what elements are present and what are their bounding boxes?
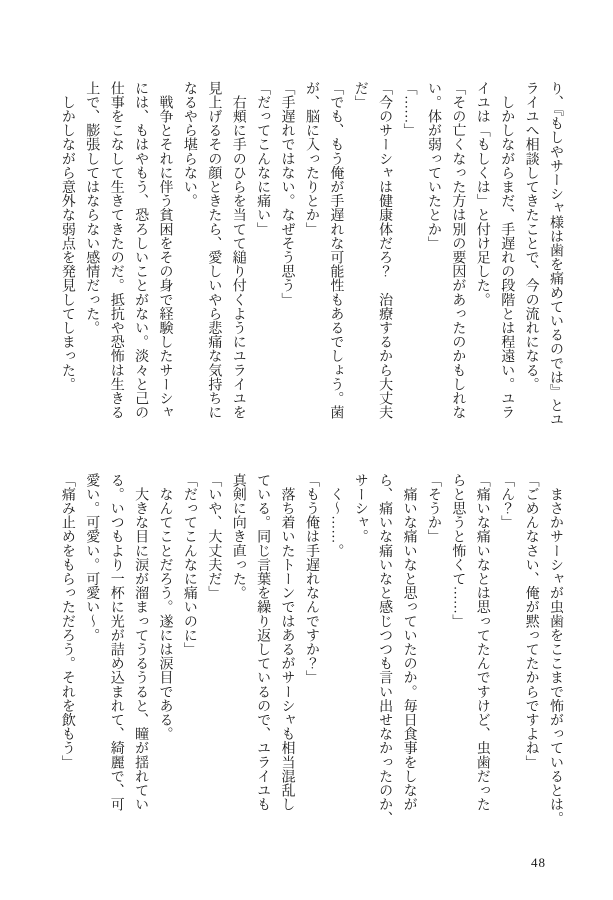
text-line: なんてことだろう。遂には涙目である。 bbox=[152, 473, 176, 831]
text-line: しかしながら意外な弱点を発見してしまった。 bbox=[54, 81, 78, 439]
text-line: 「ごめんなさい、俺が黙ってたからですよね」 bbox=[518, 473, 542, 831]
text-line: ライユへ相談してきたことで、今の流れになる。 bbox=[518, 81, 542, 439]
book-page: り、『もしやサーシャ様は歯を痛めているのでは』とユ ライユへ相談してきたことで、… bbox=[0, 0, 613, 900]
text-line: 「ん？」 bbox=[494, 473, 518, 831]
text-line: る。いつもより一杯に光が詰め込まれて、綺麗で、可 bbox=[103, 473, 127, 831]
text-line: 「痛み止めをもらっただろう。それを飲もう」 bbox=[54, 473, 78, 831]
text-line: 「だってこんなに痛いのに」 bbox=[177, 473, 201, 831]
text-line: が、脳に入ったりとか」 bbox=[299, 81, 323, 439]
text-line: く〜……。 bbox=[323, 473, 347, 831]
text-line: 「そうか」 bbox=[421, 473, 445, 831]
text-line: 「その亡くなった方は別の要因があったのかもしれな bbox=[445, 81, 469, 439]
text-line: り、『もしやサーシャ様は歯を痛めているのでは』とユ bbox=[543, 81, 567, 439]
text-line: まさかサーシャが虫歯をここまで怖がっているとは。 bbox=[543, 473, 567, 831]
text-line: 「……」 bbox=[396, 81, 420, 439]
text-line: 痛いな痛いなと思っていたのか。毎日食事をしなが bbox=[396, 473, 420, 831]
text-line: しかしながらまだ、手遅れの段階とは程遠い。ユラ bbox=[494, 81, 518, 439]
text-line: 上で、膨張してはならない感情だった。 bbox=[79, 81, 103, 439]
text-line: 右頬に手のひらを当てて縋り付くようにユライユを bbox=[225, 81, 249, 439]
text-line: 「今のサーシャは健康体だろ？ 治療するから大丈夫 bbox=[372, 81, 396, 439]
text-line: サーシャ。 bbox=[347, 473, 371, 831]
text-line: 大きな目に涙が溜まってうるうると、瞳が揺れてい bbox=[128, 473, 152, 831]
text-block-bottom: まさかサーシャが虫歯をここまで怖がっているとは。 「ごめんなさい、俺が黙ってたか… bbox=[54, 473, 567, 831]
text-line: 「いや、大丈夫だ」 bbox=[201, 473, 225, 831]
text-line: ている。同じ言葉を繰り返しているので、ユライユも bbox=[250, 473, 274, 831]
text-line: 仕事をこなして生きてきたのだ。抵抗や恐怖は生きる bbox=[103, 81, 127, 439]
text-line: なるやら堪らない。 bbox=[177, 81, 201, 439]
text-line: らと思うと怖くて……」 bbox=[445, 473, 469, 831]
text-line: 戦争とそれに伴う貧困をその身で経験したサーシャ bbox=[152, 81, 176, 439]
text-line: ら、痛いな痛いなと感じつつも言い出せなかったのか、 bbox=[372, 473, 396, 831]
text-line: 「手遅れではない。なぜそう思う」 bbox=[274, 81, 298, 439]
text-line: イユは「もしくは」と付け足した。 bbox=[469, 81, 493, 439]
text-line: 「もう俺は手遅れなんですか？」 bbox=[299, 473, 323, 831]
text-line: 落ち着いたトーンではあるがサーシャも相当混乱し bbox=[274, 473, 298, 831]
text-line: 「だってこんなに痛い」 bbox=[250, 81, 274, 439]
text-line: 「でも、もう俺が手遅れな可能性もあるでしょう。菌 bbox=[323, 81, 347, 439]
text-line: には、もはやもう、恐ろしいことがない。淡々と己の bbox=[128, 81, 152, 439]
page-number: 48 bbox=[531, 855, 546, 871]
text-line: 見上げるその顔ときたら、愛しいやら悲痛な気持ちに bbox=[201, 81, 225, 439]
text-line: だ」 bbox=[347, 81, 371, 439]
text-line: 真剣に向き直った。 bbox=[225, 473, 249, 831]
text-block-top: り、『もしやサーシャ様は歯を痛めているのでは』とユ ライユへ相談してきたことで、… bbox=[54, 81, 567, 439]
text-line: 「痛いな痛いなとは思ってたんですけど、虫歯だった bbox=[469, 473, 493, 831]
text-line: 愛い。可愛い。可愛い〜。 bbox=[79, 473, 103, 831]
text-line: い。体が弱っていたとか」 bbox=[421, 81, 445, 439]
